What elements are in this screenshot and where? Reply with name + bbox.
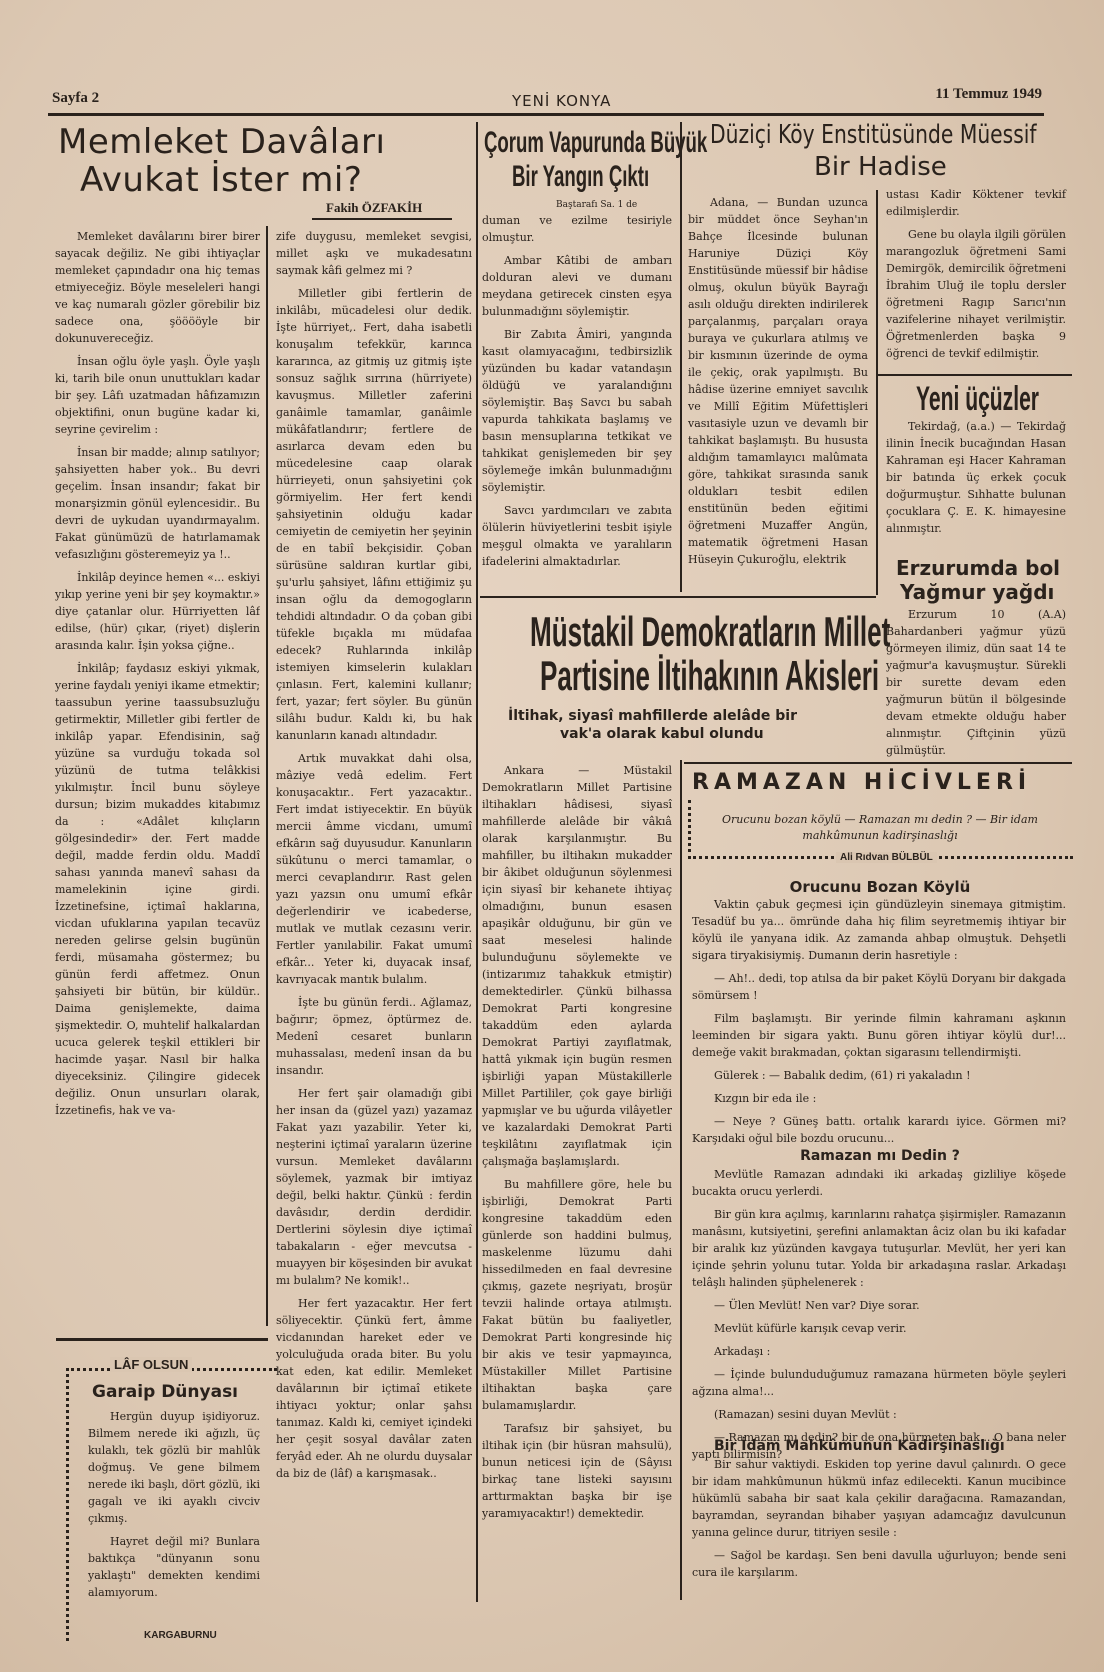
author: Ali Rıdvan BÜLBÜL	[836, 852, 937, 863]
sub3-body: Bir sahur vaktiydi. Eskiden top yerine d…	[692, 1456, 1066, 1587]
headline-line1: Düziçi Köy Enstitüsünde Müessif	[710, 120, 1037, 150]
yeni-ucuzler-headline: Yeni üçüzler	[916, 380, 1039, 419]
article6-body: Ankara — Müstakil Demokratların Millet P…	[482, 762, 672, 1602]
sub2-title: Ramazan mı Dedin ?	[690, 1148, 1070, 1164]
erzurum-headline-1: Erzurumda bol	[896, 556, 1060, 580]
laf-olsun-body: Hergün duyup işidiyoruz. Bilmem nerede i…	[88, 1408, 260, 1607]
headline-line2: Bir Hadise	[814, 152, 947, 182]
subhead-line2: vak'a olarak kabul olundu	[560, 726, 764, 742]
page-number: Sayfa 2	[52, 90, 99, 107]
headline-line1: Müstakil Demokratların Millet	[530, 608, 890, 656]
headline-line1: Memleket Davâları	[58, 122, 385, 162]
masthead-rule	[48, 113, 1044, 116]
byline: Fakih ÖZFAKİH	[326, 200, 422, 216]
yeni-ucuzler-body: Tekirdağ, (a.a.) — Tekirdağ ilinin İneci…	[886, 418, 1066, 543]
headline-line1: Çorum Vapurunda Büyük	[484, 126, 707, 160]
sub1-title: Orucunu Bozan Köylü	[690, 878, 1070, 896]
headline-line2: Bir Yangın Çıktı	[512, 160, 649, 194]
continued-note: Baştarafı Sa. 1 de	[556, 200, 637, 210]
sub1-body: Vaktin çabuk geçmesi için gündüzleyin si…	[692, 896, 1066, 1153]
laf-olsun-title: Garaip Dünyası	[92, 1382, 238, 1402]
erzurum-body: Erzurum 10 (A.A) Bahardanberi yağmur yüz…	[886, 606, 1066, 765]
article3-col2: ustası Kadir Köktener tevkif edilmişlerd…	[886, 186, 1066, 368]
laf-olsun-label: LÂF OLSUN	[110, 1357, 192, 1372]
article3-col1: Adana, — Bundan uzunca bir müddet önce S…	[688, 194, 868, 574]
issue-date: 11 Temmuz 1949	[935, 86, 1042, 103]
headline-line2: Partisine İltihakının Akisleri	[540, 652, 879, 700]
article1-col2: zife duygusu, memleket sevgisi, millet a…	[276, 228, 472, 1598]
paper-name: YENİ KONYA	[512, 92, 611, 110]
sub3-title: Bir İdam Mahkûmunun Kadirşinaslığı	[714, 1438, 1005, 1454]
laf-olsun-signature: KARGABURNU	[144, 1630, 217, 1641]
erzurum-headline-2: Yağmur yağdı	[900, 580, 1054, 604]
sub2-body: Mevlütle Ramazan adındaki iki arkadaş gi…	[692, 1166, 1066, 1469]
article1-col1: Memleket davâlarını birer birer sayacak …	[55, 228, 260, 1328]
headline-line2: Avukat İster mi?	[80, 160, 362, 200]
contents-line: Orucunu bozan köylü — Ramazan mı dedin ?…	[710, 812, 1050, 844]
newspaper-page: Sayfa 2 YENİ KONYA 11 Temmuz 1949 Memlek…	[0, 0, 1104, 1672]
masthead: Sayfa 2 YENİ KONYA 11 Temmuz 1949	[52, 86, 1042, 116]
section-title: RAMAZAN HİCİVLERİ	[692, 770, 1031, 795]
article2-body: duman ve ezilme tesiriyle olmuştur. Amba…	[482, 212, 672, 576]
subhead-line1: İltihak, siyasî mahfillerde alelâde bir	[508, 708, 797, 724]
